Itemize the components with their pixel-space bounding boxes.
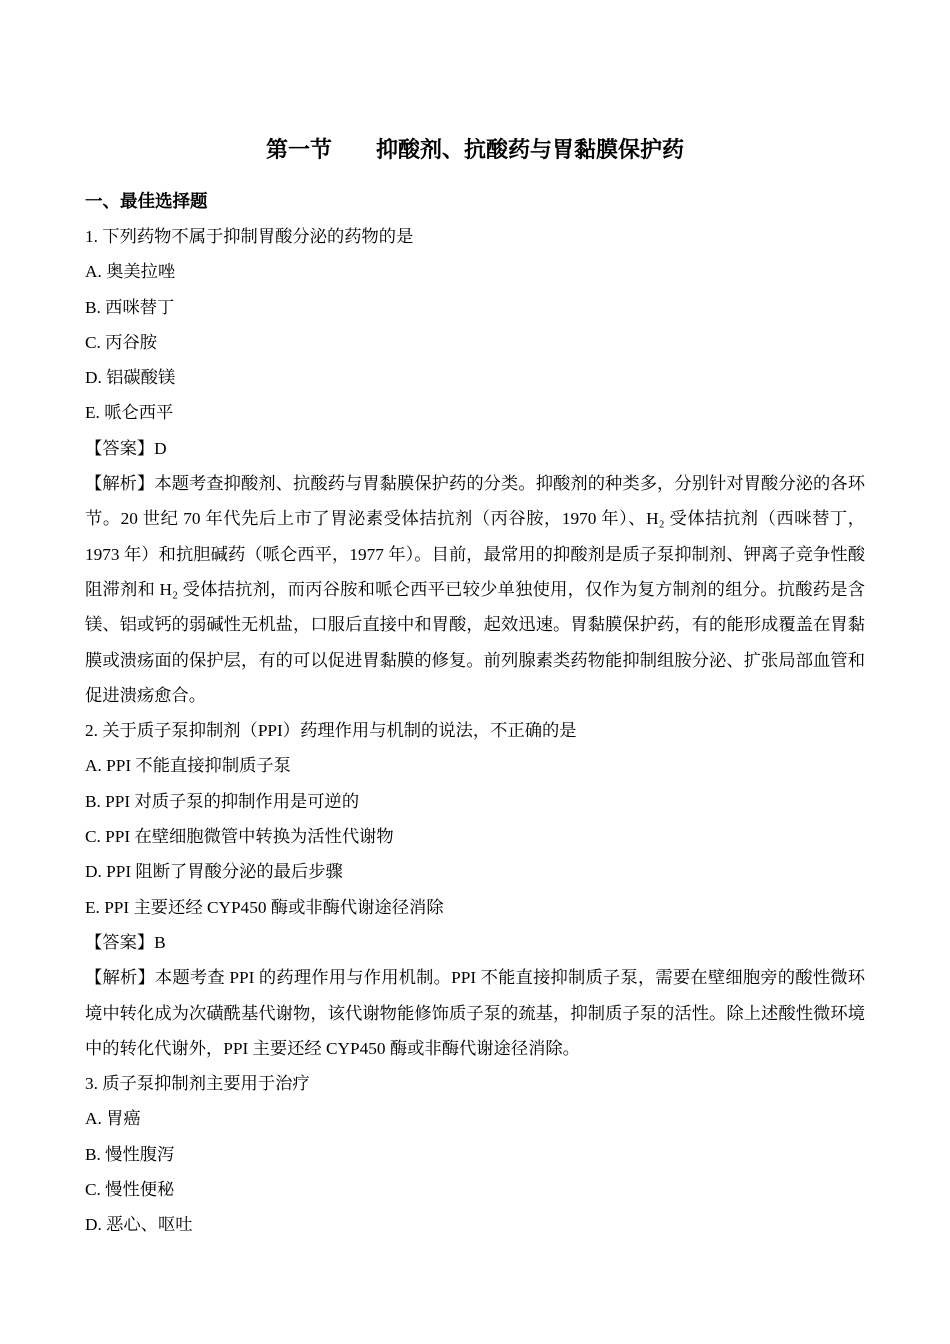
analysis-paragraph: 【解析】本题考查抑酸剂、抗酸药与胃黏膜保护药的分类。抑酸剂的种类多，分别针对胃酸… (85, 466, 865, 713)
answer-value: D (154, 439, 166, 458)
analysis-paragraph: 【解析】本题考查 PPI 的药理作用与作用机制。PPI 不能直接抑制质子泵，需要… (85, 960, 865, 1066)
question-stem: 1. 下列药物不属于抑制胃酸分泌的药物的是 (85, 219, 865, 254)
option-line: B. 西咪替丁 (85, 290, 865, 325)
option-line: B. 慢性腹泻 (85, 1137, 865, 1172)
option-line: E. 哌仑西平 (85, 395, 865, 430)
option-line: E. PPI 主要还经 CYP450 酶或非酶代谢途径消除 (85, 890, 865, 925)
document-page: 第一节 抑酸剂、抗酸药与胃黏膜保护药 一、最佳选择题 1. 下列药物不属于抑制胃… (0, 0, 950, 1344)
answer-line: 【答案】D (85, 431, 865, 466)
option-line: A. PPI 不能直接抑制质子泵 (85, 748, 865, 783)
question-stem: 2. 关于质子泵抑制剂（PPI）药理作用与机制的说法，不正确的是 (85, 713, 865, 748)
option-line: B. PPI 对质子泵的抑制作用是可逆的 (85, 784, 865, 819)
document-title: 第一节 抑酸剂、抗酸药与胃黏膜保护药 (0, 0, 950, 163)
analysis-text: 本题考查抑酸剂、抗酸药与胃黏膜保护药的分类。抑酸剂的种类多，分别针对胃酸分泌的各… (85, 474, 865, 705)
answer-label: 【答案】 (85, 933, 154, 952)
question-list: 1. 下列药物不属于抑制胃酸分泌的药物的是 A. 奥美拉唑 B. 西咪替丁 C.… (0, 219, 950, 1243)
answer-line: 【答案】B (85, 925, 865, 960)
question-stem: 3. 质子泵抑制剂主要用于治疗 (85, 1066, 865, 1101)
question-2: 2. 关于质子泵抑制剂（PPI）药理作用与机制的说法，不正确的是 A. PPI … (85, 713, 865, 1066)
option-line: C. 丙谷胺 (85, 325, 865, 360)
answer-label: 【答案】 (85, 439, 154, 458)
option-line: C. PPI 在壁细胞微管中转换为活性代谢物 (85, 819, 865, 854)
answer-value: B (154, 933, 166, 952)
section-heading: 一、最佳选择题 (85, 190, 865, 212)
option-line: D. 铝碳酸镁 (85, 360, 865, 395)
analysis-label: 【解析】 (85, 968, 155, 987)
option-line: D. PPI 阻断了胃酸分泌的最后步骤 (85, 854, 865, 889)
option-line: C. 慢性便秘 (85, 1172, 865, 1207)
question-1: 1. 下列药物不属于抑制胃酸分泌的药物的是 A. 奥美拉唑 B. 西咪替丁 C.… (85, 219, 865, 713)
question-3: 3. 质子泵抑制剂主要用于治疗 A. 胃癌 B. 慢性腹泻 C. 慢性便秘 D.… (85, 1066, 865, 1242)
option-line: A. 胃癌 (85, 1101, 865, 1136)
option-line: A. 奥美拉唑 (85, 254, 865, 289)
analysis-text: 本题考查 PPI 的药理作用与作用机制。PPI 不能直接抑制质子泵，需要在壁细胞… (85, 968, 865, 1058)
option-line: D. 恶心、呕吐 (85, 1207, 865, 1242)
analysis-label: 【解析】 (85, 474, 154, 493)
